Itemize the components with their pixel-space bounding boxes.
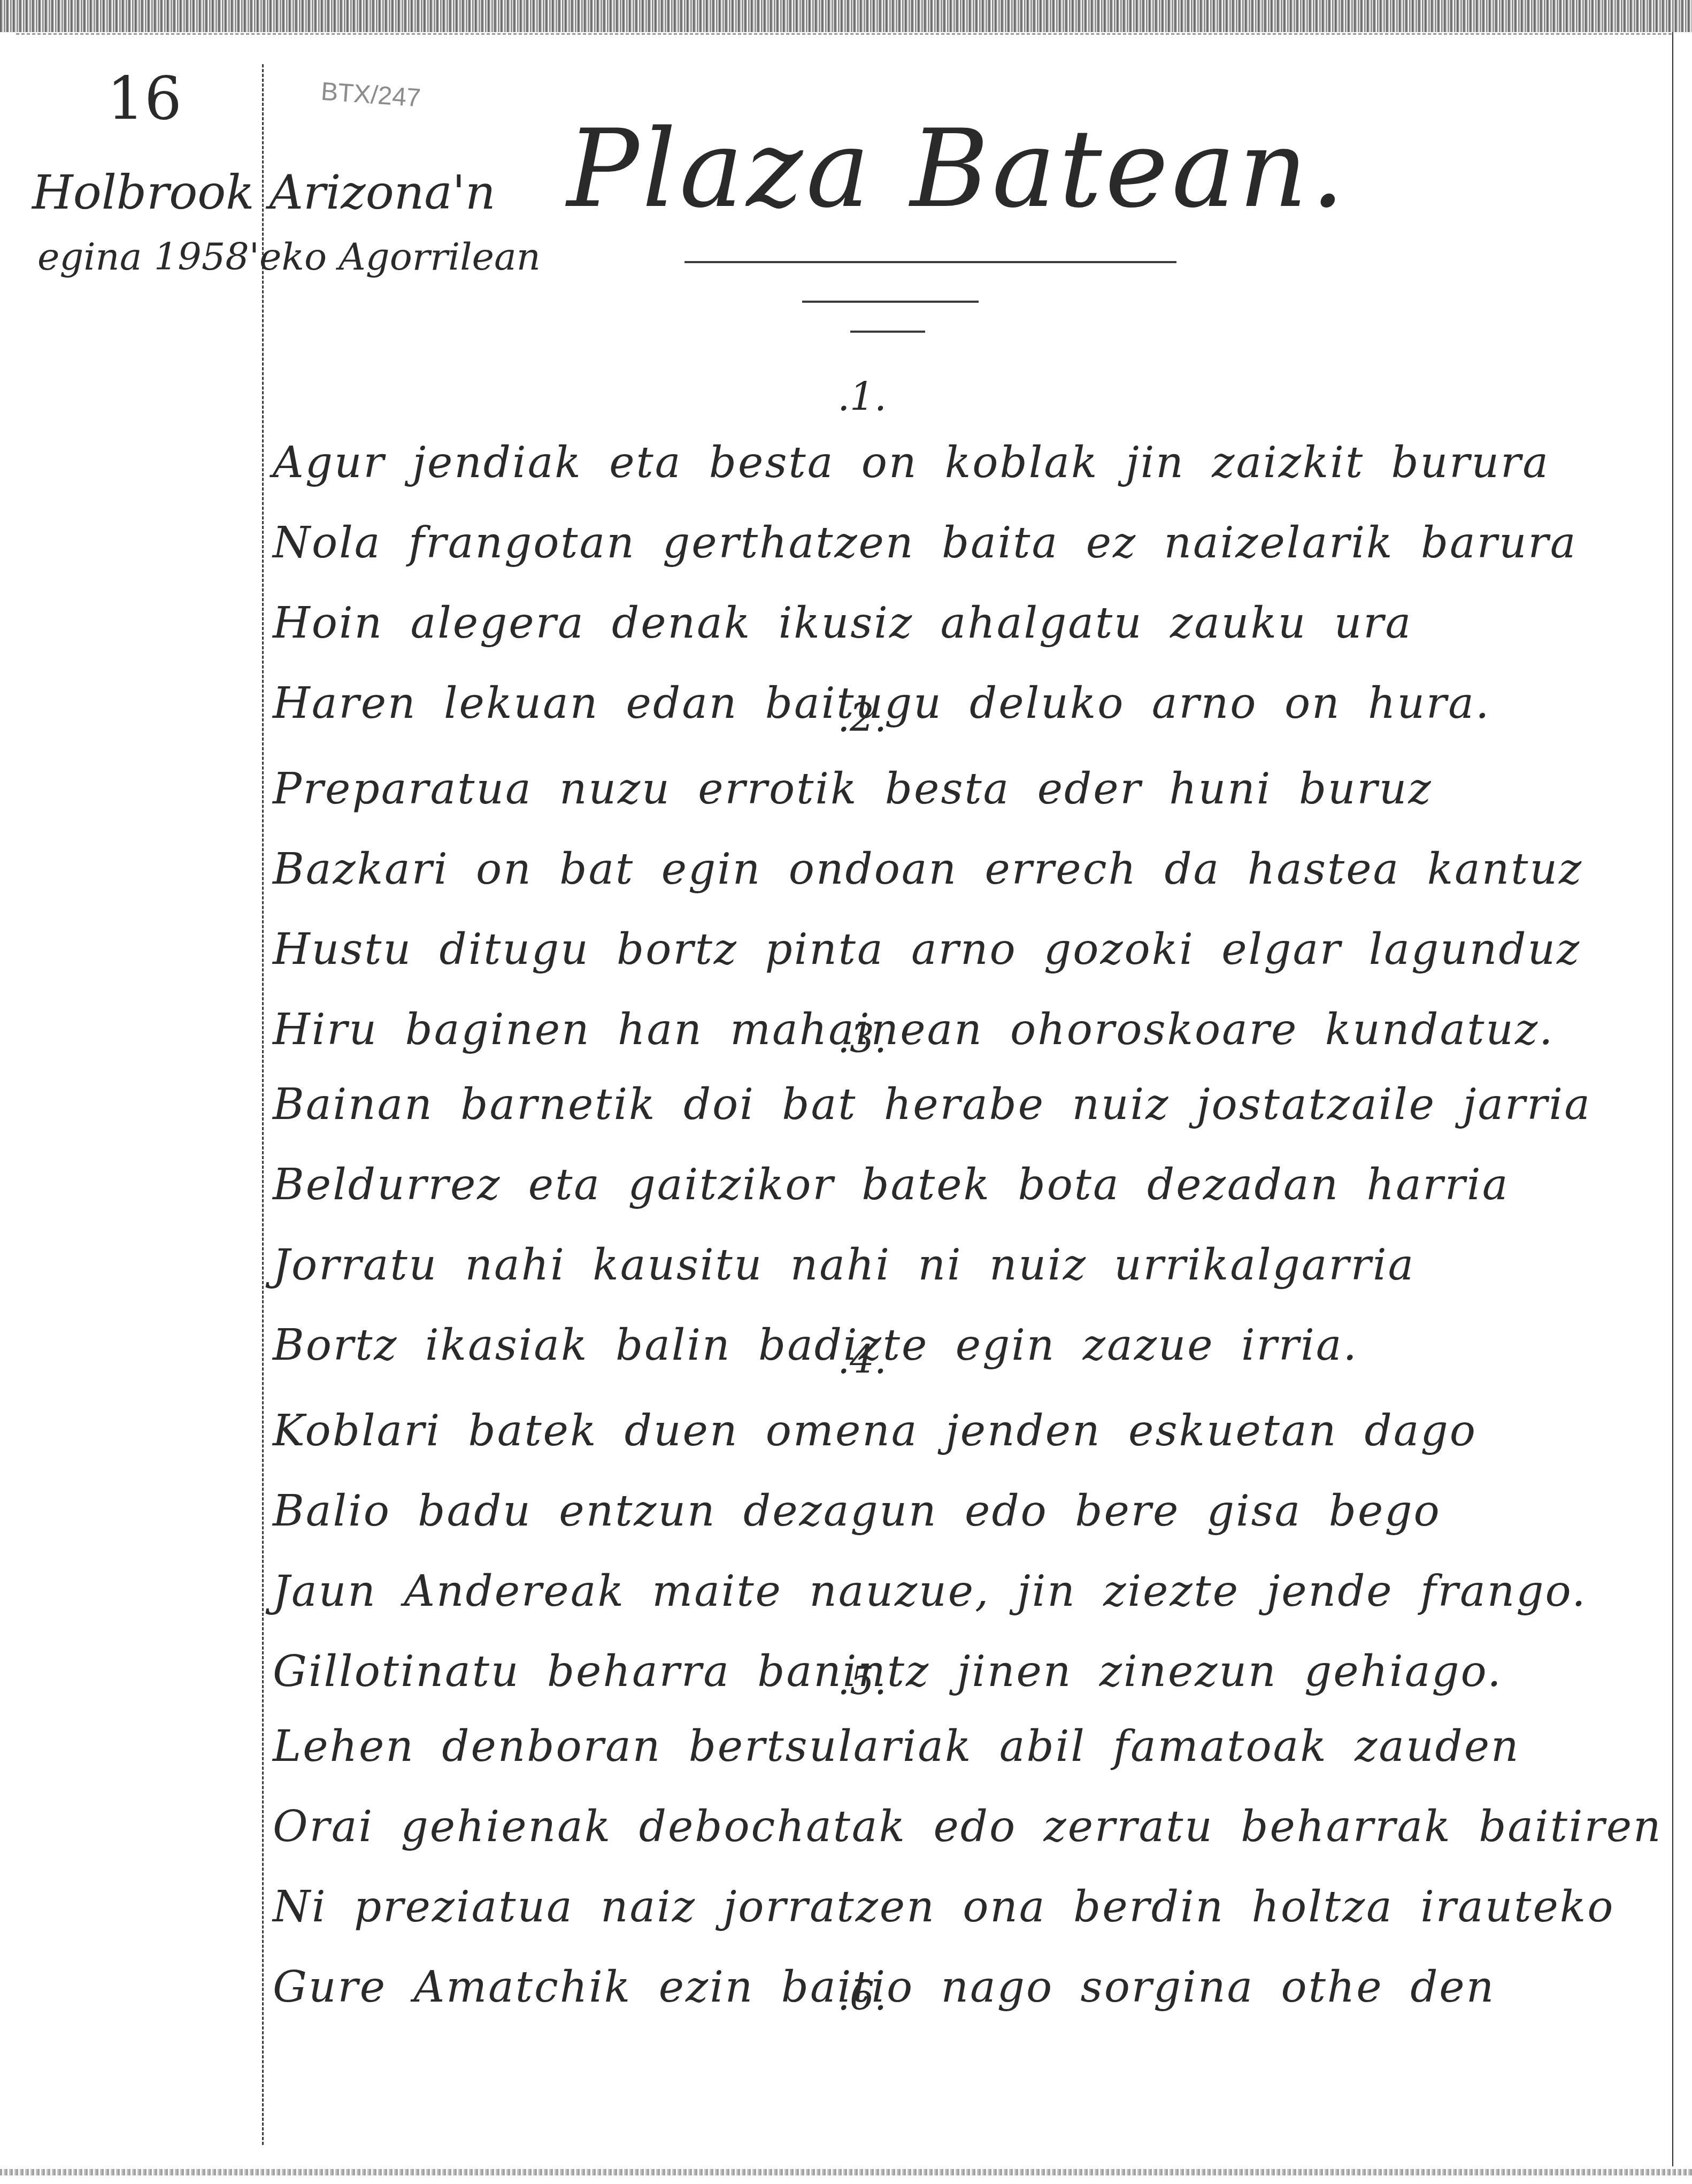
stanza-number: .6.	[0, 1974, 1692, 2019]
verse-line: Jorratu nahi kausitu nahi ni nuiz urrika…	[273, 1225, 1642, 1305]
stanza-number: .3.	[0, 1016, 1692, 1061]
archive-reference: BTX/247	[320, 77, 421, 113]
title-underline-1	[685, 261, 1176, 263]
page-edge-line	[1672, 32, 1673, 2166]
verse-line: Balio badu entzun dezagun edo bere gisa …	[273, 1471, 1642, 1551]
verse-line: Orai gehienak debochatak edo zerratu beh…	[273, 1787, 1642, 1867]
verse-line: Koblari batek duen omena jenden eskuetan…	[273, 1391, 1642, 1471]
stanza-number: .4.	[0, 1337, 1692, 1382]
title-underline-2	[802, 301, 979, 303]
verse-line: Hoin alegera denak ikusiz ahalgatu zauku…	[273, 583, 1642, 663]
verse-line: Preparatua nuzu errotik besta eder huni …	[273, 749, 1642, 829]
stanza-number: .5.	[0, 1658, 1692, 1703]
place-note-line-2: egina 1958'eko Agorrilean	[37, 225, 541, 289]
verse-line: Bainan barnetik doi bat herabe nuiz jost…	[273, 1064, 1642, 1145]
title-underline-3	[850, 331, 925, 333]
verse-line: Ni preziatua naiz jorratzen ona berdin h…	[273, 1867, 1642, 1947]
verse-line: Lehen denboran bertsulariak abil famatoa…	[273, 1706, 1642, 1787]
verse-line: Nola frangotan gerthatzen baita ez naize…	[273, 503, 1642, 583]
place-date-note: Holbrook Arizona'n egina 1958'eko Agorri…	[32, 160, 541, 289]
verse-line: Bazkari on bat egin ondoan errech da has…	[273, 829, 1642, 909]
verse-line: Hustu ditugu bortz pinta arno gozoki elg…	[273, 909, 1642, 990]
scan-artifact-top	[0, 0, 1692, 32]
poem-title: Plaza Batean.	[567, 107, 1348, 232]
page-number: 16	[107, 64, 182, 133]
verse-line: Agur jendiak eta besta on koblak jin zai…	[273, 423, 1642, 503]
stanza-number: .1.	[0, 374, 1692, 419]
scan-artifact-top-line	[16, 33, 1674, 35]
stanza-number: .2.	[0, 695, 1692, 740]
verse-line: Beldurrez eta gaitzikor batek bota dezad…	[273, 1145, 1642, 1225]
place-note-line-1: Holbrook Arizona'n	[32, 165, 496, 220]
verse-line: Jaun Andereak maite nauzue, jin ziezte j…	[273, 1551, 1642, 1631]
scan-artifact-bottom	[0, 2169, 1692, 2175]
